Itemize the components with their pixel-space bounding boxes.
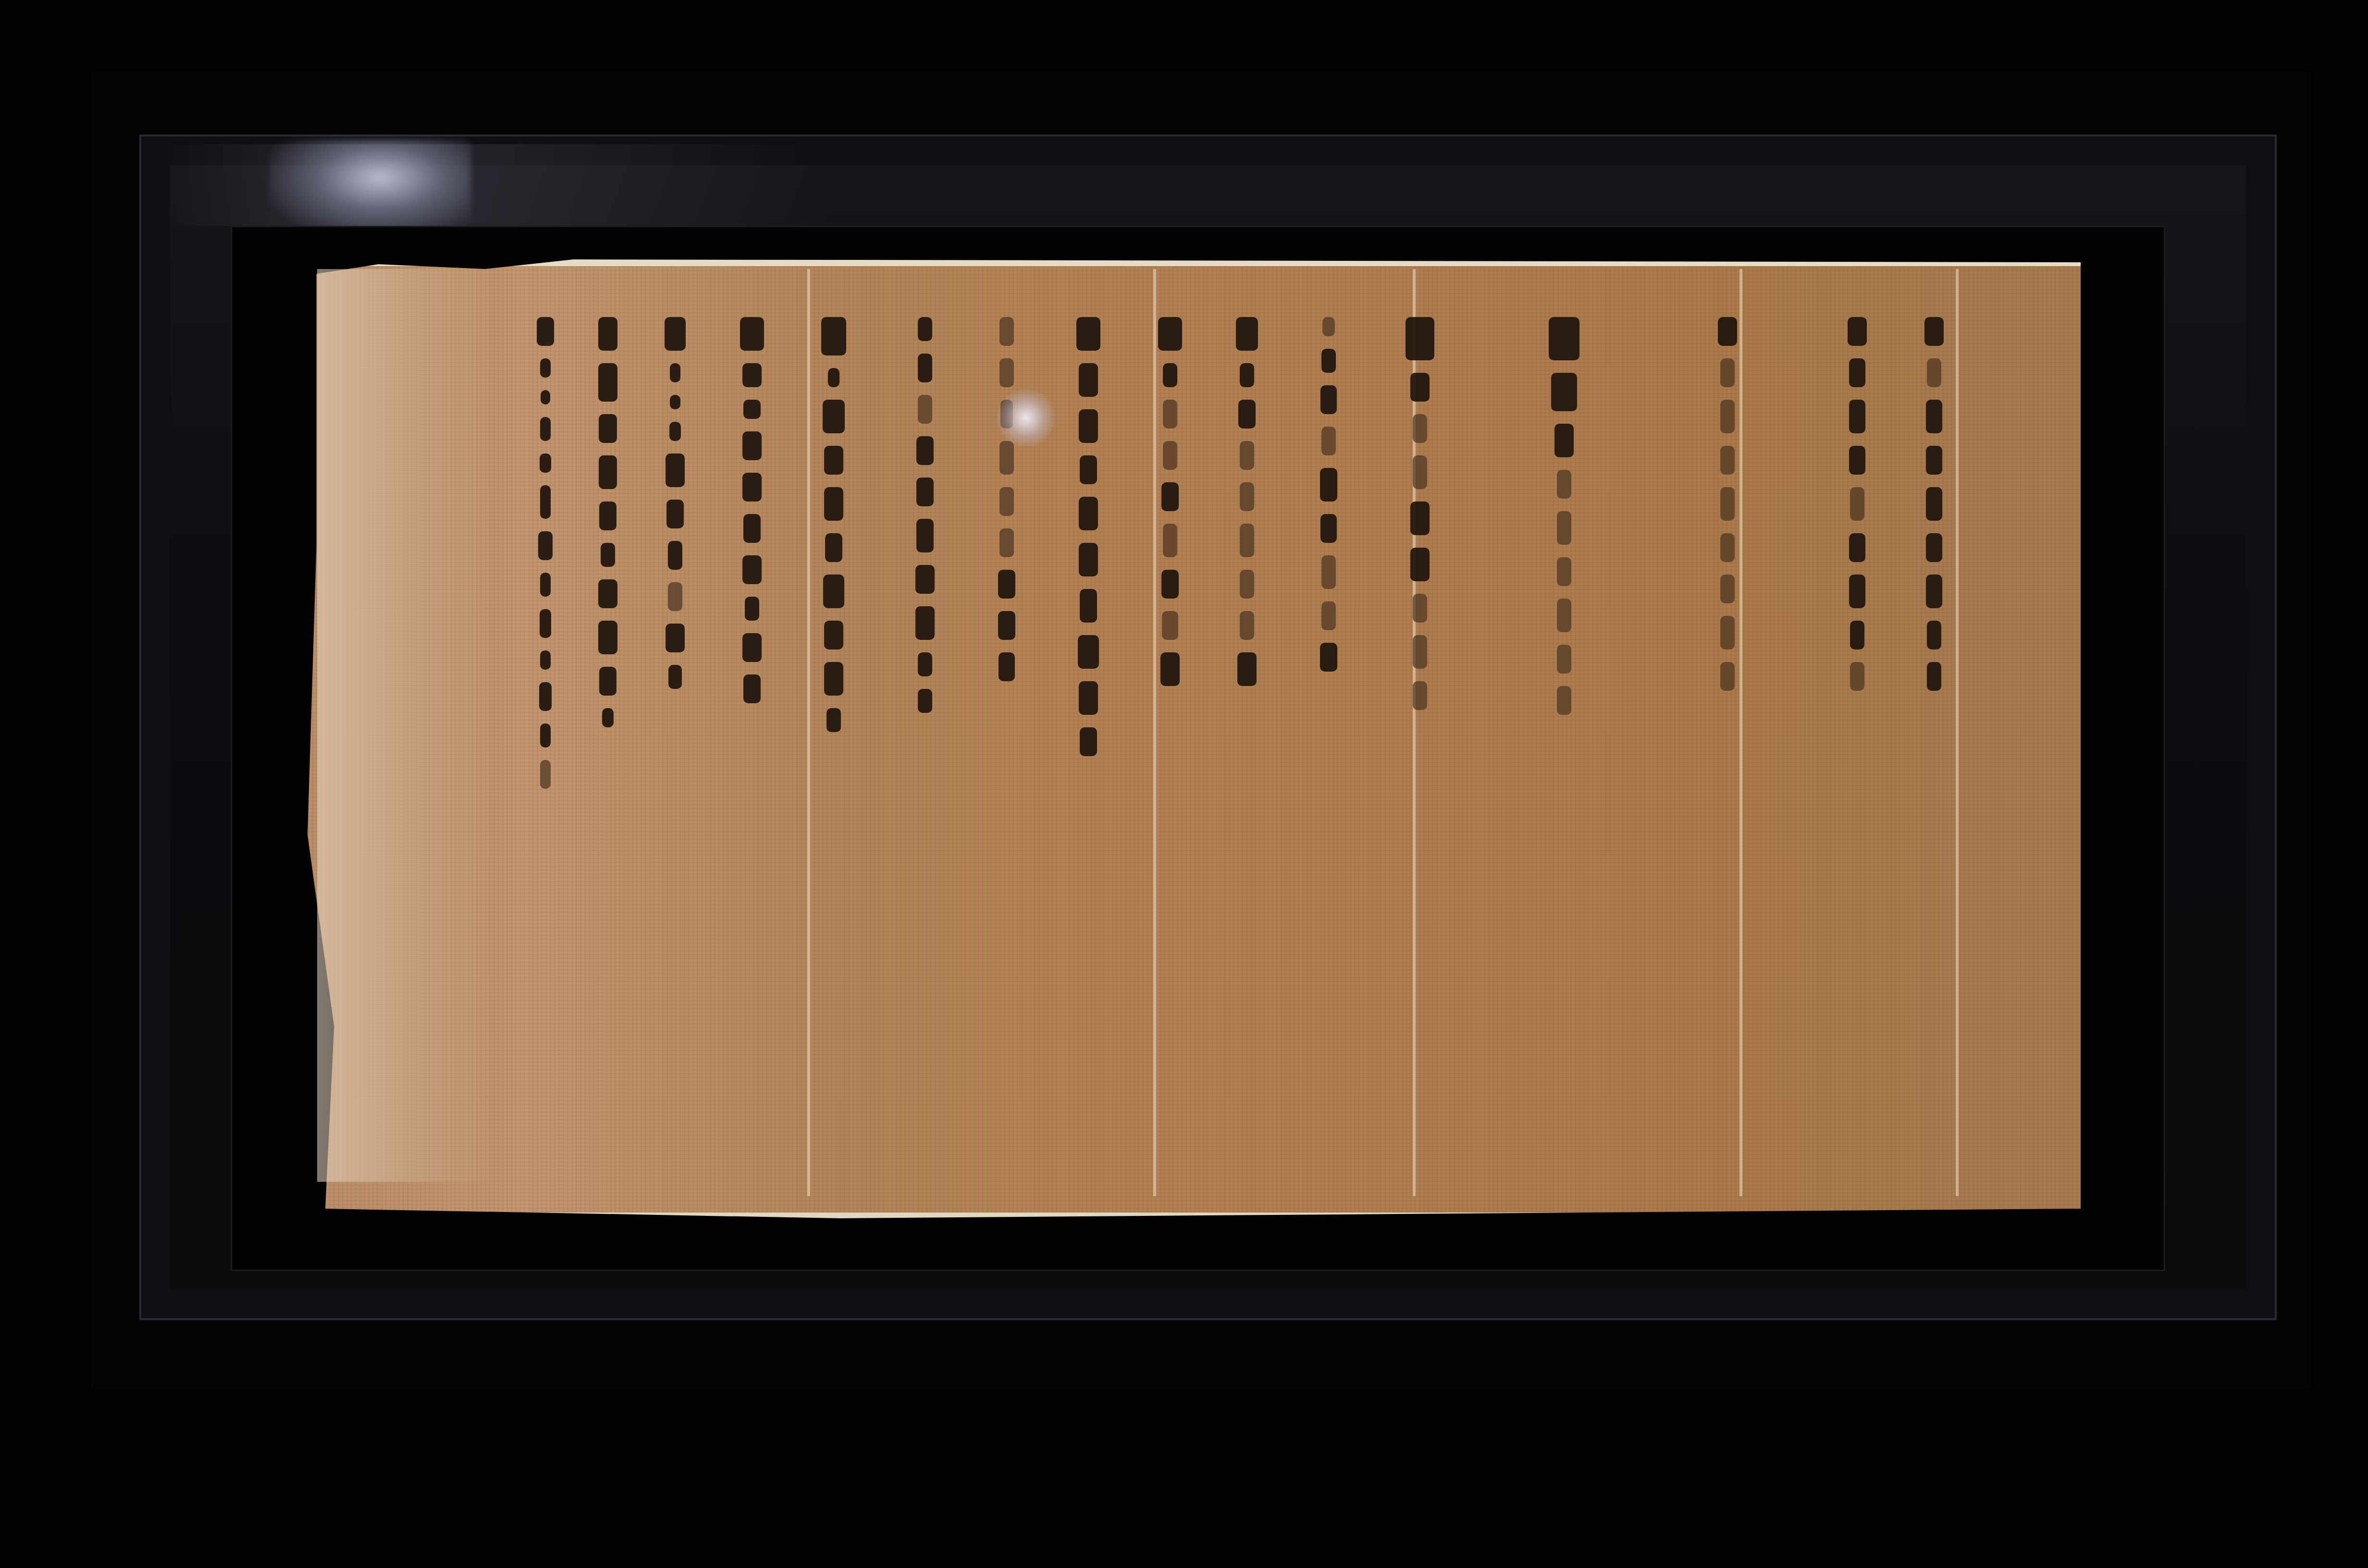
text-column: [591, 317, 625, 727]
glass-glare: [269, 139, 471, 235]
text-column: [1153, 317, 1187, 686]
text-column: [1230, 317, 1264, 686]
papyrus-joint: [807, 269, 810, 1196]
light-reflection-spot: [997, 389, 1055, 447]
text-column: [990, 317, 1024, 681]
text-column: [658, 317, 692, 689]
text-column: [817, 317, 851, 732]
text-column: [1917, 317, 1951, 691]
text-column: [908, 317, 942, 713]
text-column: [1711, 317, 1744, 691]
text-column: [1072, 317, 1105, 756]
papyrus-sheet: [308, 259, 2081, 1218]
text-column: [1403, 317, 1437, 710]
papyrus-damaged-edge: [317, 269, 490, 1182]
text-column: [735, 317, 769, 703]
text-column: [529, 317, 562, 789]
papyrus-joint: [1956, 269, 1959, 1196]
text-column: [1840, 317, 1874, 691]
text-column: [1547, 317, 1581, 715]
text-column: [1312, 317, 1345, 672]
glass-reflection-streak: [159, 144, 831, 226]
